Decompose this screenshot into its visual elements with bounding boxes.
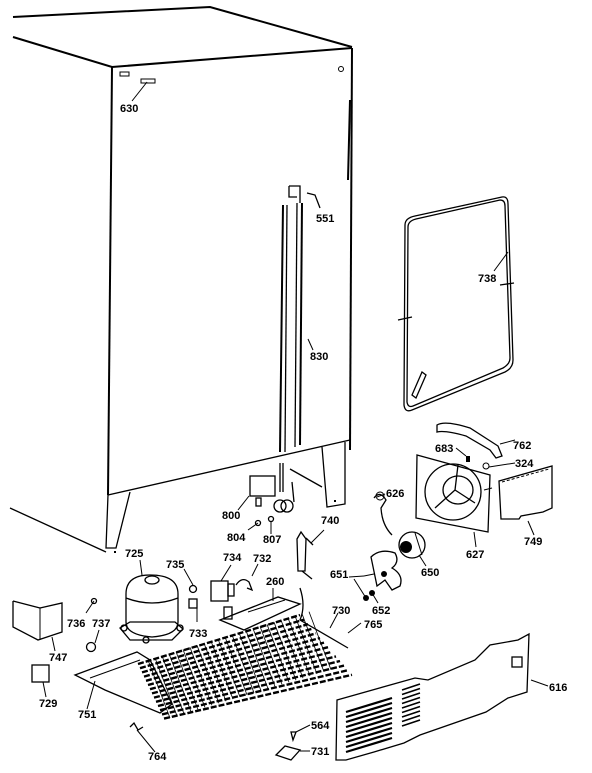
- part-label-764: 764: [148, 751, 167, 763]
- part-label-738: 738: [478, 273, 496, 285]
- part-label-652: 652: [372, 605, 390, 617]
- part-label-627: 627: [466, 549, 484, 561]
- compressor: [120, 575, 183, 643]
- part-label-730: 730: [332, 605, 350, 617]
- part-label-732: 732: [253, 553, 271, 565]
- part-label-731: 731: [311, 746, 329, 758]
- part-label-734: 734: [223, 552, 242, 564]
- rear-access-cover: [336, 634, 529, 760]
- part-label-551: 551: [316, 213, 334, 225]
- part-label-737: 737: [92, 618, 110, 630]
- wire-harness: [297, 532, 313, 579]
- part-label-733: 733: [189, 628, 207, 640]
- water-tube-channel: [280, 100, 350, 452]
- part-label-725: 725: [125, 548, 143, 560]
- part-label-736: 736: [67, 618, 85, 630]
- part-label-651: 651: [330, 569, 348, 581]
- part-label-749: 749: [524, 536, 542, 548]
- part-label-800: 800: [222, 510, 240, 522]
- part-label-765: 765: [364, 619, 382, 631]
- part-label-751: 751: [78, 709, 96, 721]
- part-label-324: 324: [515, 458, 534, 470]
- bracket: [13, 601, 62, 640]
- part-label-807: 807: [263, 534, 281, 546]
- fan-motor: [399, 532, 425, 558]
- part-label-650: 650: [421, 567, 439, 579]
- part-label-729: 729: [39, 698, 57, 710]
- part-label-762: 762: [513, 440, 531, 452]
- condenser-coil: [138, 612, 352, 719]
- part-label-564: 564: [311, 720, 330, 732]
- fan-shroud: [416, 455, 492, 532]
- part-label-626: 626: [386, 488, 404, 500]
- part-label-747: 747: [49, 652, 67, 664]
- part-label-735: 735: [166, 559, 184, 571]
- heater-loop: [398, 197, 514, 411]
- part-label-740: 740: [321, 515, 339, 527]
- part-label-683: 683: [435, 443, 453, 455]
- part-label-630: 630: [120, 103, 138, 115]
- exploded-parts-diagram: 630 551 830 738 762 683 324 626 627 749 …: [0, 0, 592, 773]
- cover-plate: [499, 466, 552, 519]
- water-valve: [250, 463, 322, 512]
- part-labels: 630 551 830 738 762 683 324 626 627 749 …: [39, 103, 567, 763]
- part-label-616: 616: [549, 682, 567, 694]
- part-label-804: 804: [227, 532, 246, 544]
- part-label-830: 830: [310, 351, 328, 363]
- part-label-260: 260: [266, 576, 284, 588]
- relay-overload: [211, 581, 234, 601]
- fan-blade: [363, 551, 401, 601]
